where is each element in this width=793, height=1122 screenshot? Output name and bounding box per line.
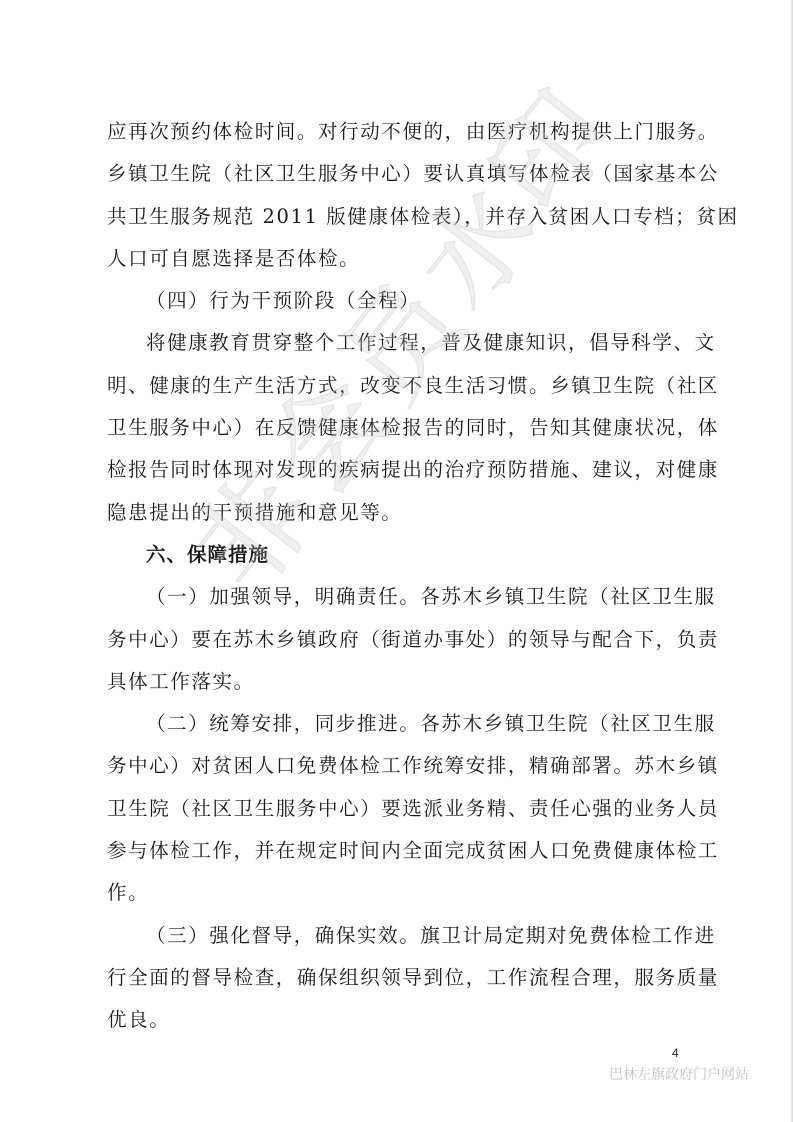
body-line: 优良。: [107, 999, 693, 1041]
body-line: 作。: [107, 872, 693, 914]
paragraph-first-line: （一）加强领导，明确责任。各苏木乡镇卫生院（社区卫生服: [107, 576, 693, 618]
body-line: 具体工作落实。: [107, 661, 693, 703]
document-body: 应再次预约体检时间。对行动不便的，由医疗机构提供上门服务。 乡镇卫生院（社区卫生…: [107, 111, 693, 1042]
body-line: 卫生院（社区卫生服务中心）要选派业务精、责任心强的业务人员: [107, 788, 693, 830]
body-line: 应再次预约体检时间。对行动不便的，由医疗机构提供上门服务。: [107, 111, 693, 153]
body-line: 行全面的督导检查，确保组织领导到位，工作流程合理，服务质量: [107, 957, 693, 999]
body-line: 检报告同时体现对发现的疾病提出的治疗预防措施、建议，对健康: [107, 449, 693, 491]
body-line: 明、健康的生产生活方式，改变不良生活习惯。乡镇卫生院（社区: [107, 365, 693, 407]
body-line: 共卫生服务规范 2011 版健康体检表），并存入贫困人口专档；贫困: [107, 196, 693, 238]
body-line: 人口可自愿选择是否体检。: [107, 238, 693, 280]
paragraph-first-line: （二）统筹安排，同步推进。各苏木乡镇卫生院（社区卫生服: [107, 703, 693, 745]
page-number: 4: [672, 1046, 679, 1060]
body-line: 务中心）要在苏木乡镇政府（街道办事处）的领导与配合下，负责: [107, 619, 693, 661]
body-line: 参与体检工作，并在规定时间内全面完成贫困人口免费健康体检工: [107, 830, 693, 872]
site-watermark: 巴林左旗政府门户网站: [609, 1064, 749, 1084]
subsection-title: （四）行为干预阶段（全程）: [107, 280, 693, 322]
paragraph-first-line: 将健康教育贯穿整个工作过程，普及健康知识，倡导科学、文: [107, 322, 693, 364]
body-line: 乡镇卫生院（社区卫生服务中心）要认真填写体检表（国家基本公: [107, 153, 693, 195]
body-line: 隐患提出的干预措施和意见等。: [107, 492, 693, 534]
body-line: 卫生服务中心）在反馈健康体检报告的同时，告知其健康状况，体: [107, 407, 693, 449]
body-line: 务中心）对贫困人口免费体检工作统筹安排，精确部署。苏木乡镇: [107, 745, 693, 787]
paragraph-first-line: （三）强化督导，确保实效。旗卫计局定期对免费体检工作进: [107, 915, 693, 957]
document-page: 应再次预约体检时间。对行动不便的，由医疗机构提供上门服务。 乡镇卫生院（社区卫生…: [0, 0, 793, 1122]
section-heading: 六、保障措施: [107, 534, 693, 576]
